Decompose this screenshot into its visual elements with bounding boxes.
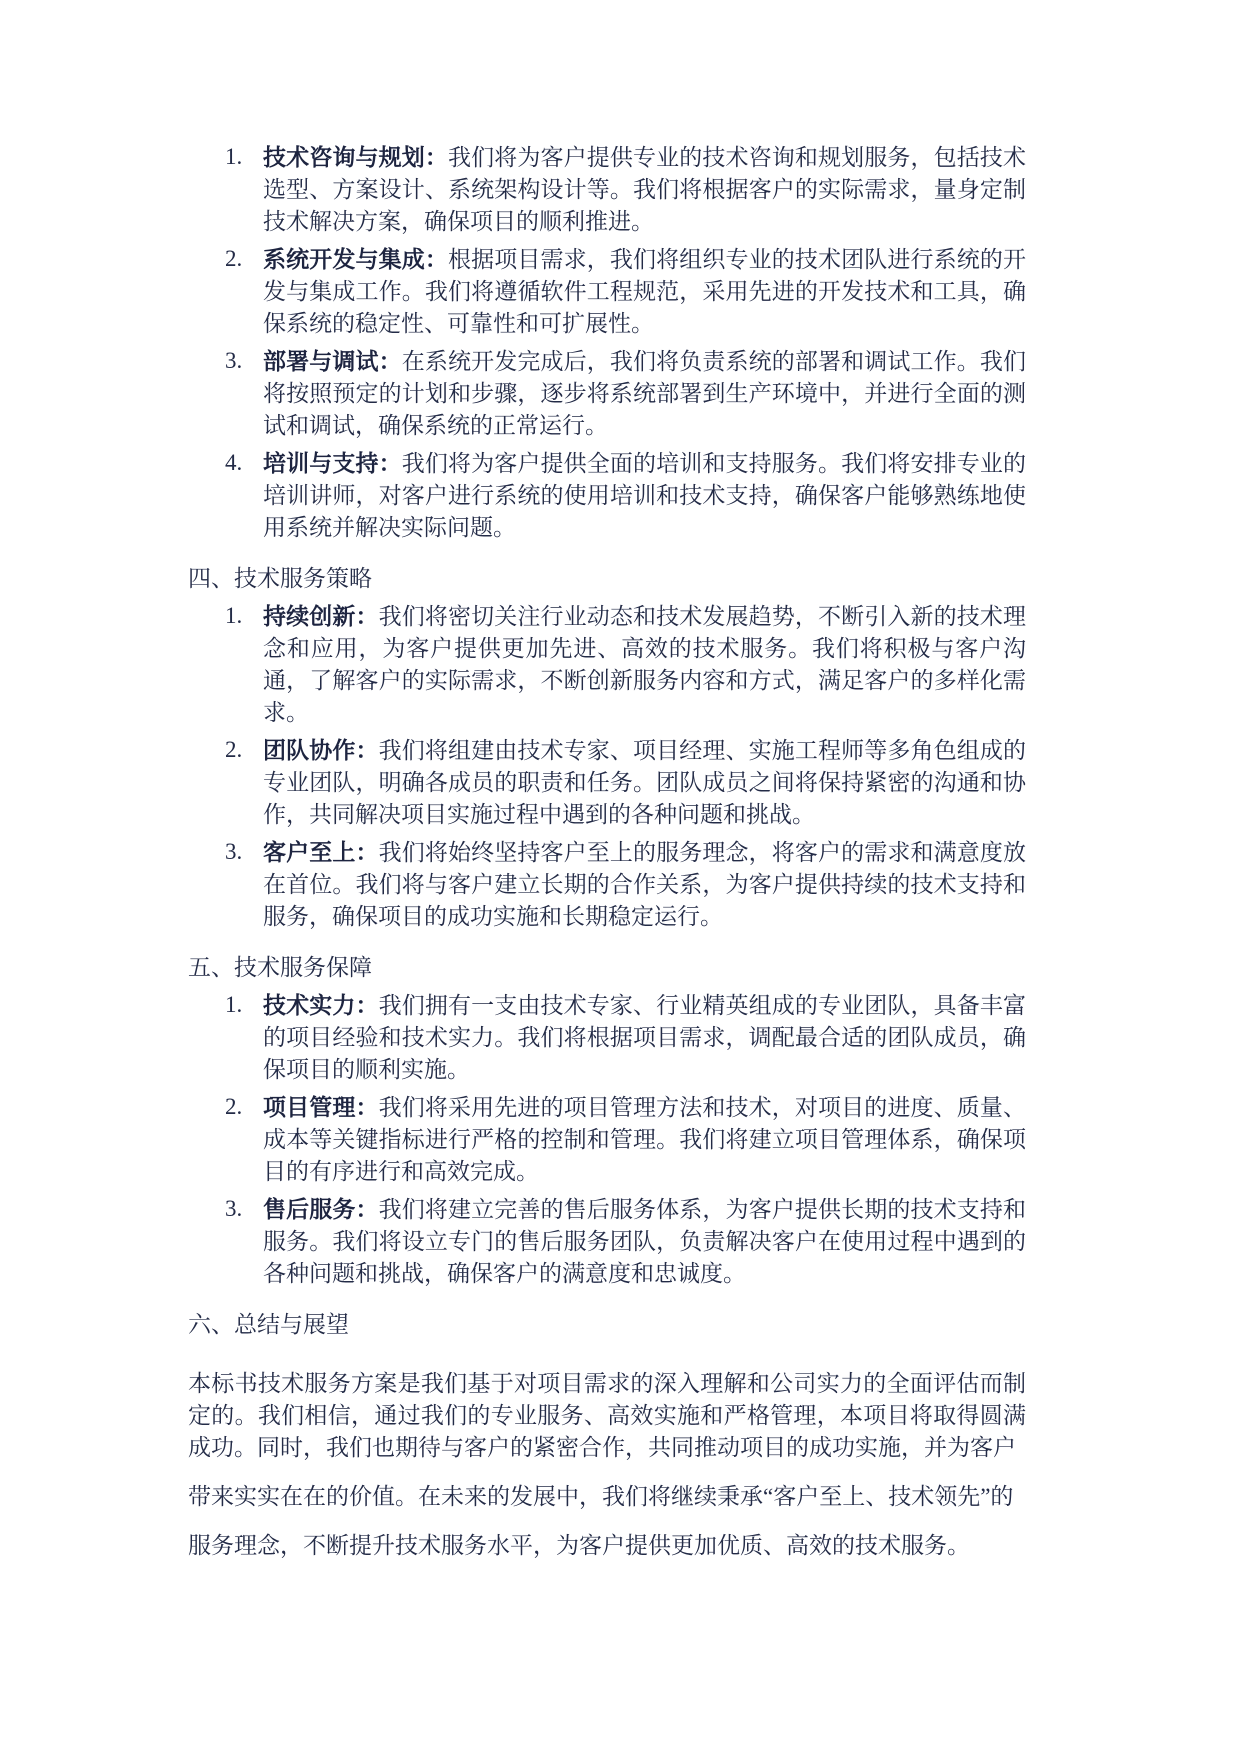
list-item: 客户至上：我们将始终坚持客户至上的服务理念，将客户的需求和满意度放在首位。我们将…: [263, 836, 1026, 933]
list-item: 技术咨询与规划：我们将为客户提供专业的技术咨询和规划服务，包括技术选型、方案设计…: [263, 141, 1026, 238]
list-item: 团队协作：我们将组建由技术专家、项目经理、实施工程师等多角色组成的专业团队，明确…: [263, 734, 1026, 831]
paragraph: 服务理念，不断提升技术服务水平，为客户提供更加优质、高效的技术服务。: [188, 1530, 1026, 1562]
list-item: 部署与调试：在系统开发完成后，我们将负责系统的部署和调试工作。我们将按照预定的计…: [263, 345, 1026, 442]
list-item-label: 技术咨询与规划：: [263, 144, 448, 170]
list-item: 项目管理：我们将采用先进的项目管理方法和技术，对项目的进度、质量、成本等关键指标…: [263, 1091, 1026, 1188]
list-item-label: 部署与调试：: [263, 348, 402, 374]
list-item-label: 项目管理：: [263, 1094, 379, 1120]
paragraph: 带来实实在在的价值。在未来的发展中，我们将继续秉承“客户至上、技术领先”的: [188, 1481, 1026, 1513]
list-item-label: 系统开发与集成：: [263, 246, 448, 272]
list-item-label: 客户至上：: [263, 839, 379, 865]
list-item-label: 持续创新：: [263, 603, 379, 629]
list-item-label: 培训与支持：: [263, 450, 402, 476]
list-item: 技术实力：我们拥有一支由技术专家、行业精英组成的专业团队，具备丰富的项目经验和技…: [263, 989, 1026, 1086]
list-item: 售后服务：我们将建立完善的售后服务体系，为客户提供长期的技术支持和服务。我们将设…: [263, 1193, 1026, 1290]
list-item-label: 技术实力：: [263, 992, 379, 1018]
section-heading: 四、技术服务策略: [188, 563, 1026, 595]
list-item: 系统开发与集成：根据项目需求，我们将组织专业的技术团队进行系统的开发与集成工作。…: [263, 243, 1026, 340]
numbered-list: 技术咨询与规划：我们将为客户提供专业的技术咨询和规划服务，包括技术选型、方案设计…: [188, 141, 1026, 544]
paragraph: 本标书技术服务方案是我们基于对项目需求的深入理解和公司实力的全面评估而制定的。我…: [188, 1368, 1026, 1464]
list-item-label: 团队协作：: [263, 737, 379, 763]
section-heading: 五、技术服务保障: [188, 952, 1026, 984]
numbered-list: 持续创新：我们将密切关注行业动态和技术发展趋势，不断引入新的技术理念和应用，为客…: [188, 600, 1026, 933]
list-item: 持续创新：我们将密切关注行业动态和技术发展趋势，不断引入新的技术理念和应用，为客…: [263, 600, 1026, 729]
list-item-label: 售后服务：: [263, 1196, 379, 1222]
numbered-list: 技术实力：我们拥有一支由技术专家、行业精英组成的专业团队，具备丰富的项目经验和技…: [188, 989, 1026, 1290]
document-page: 技术咨询与规划：我们将为客户提供专业的技术咨询和规划服务，包括技术选型、方案设计…: [0, 0, 1240, 1753]
list-item: 培训与支持：我们将为客户提供全面的培训和支持服务。我们将安排专业的培训讲师，对客…: [263, 447, 1026, 544]
section-heading: 六、总结与展望: [188, 1309, 1026, 1341]
